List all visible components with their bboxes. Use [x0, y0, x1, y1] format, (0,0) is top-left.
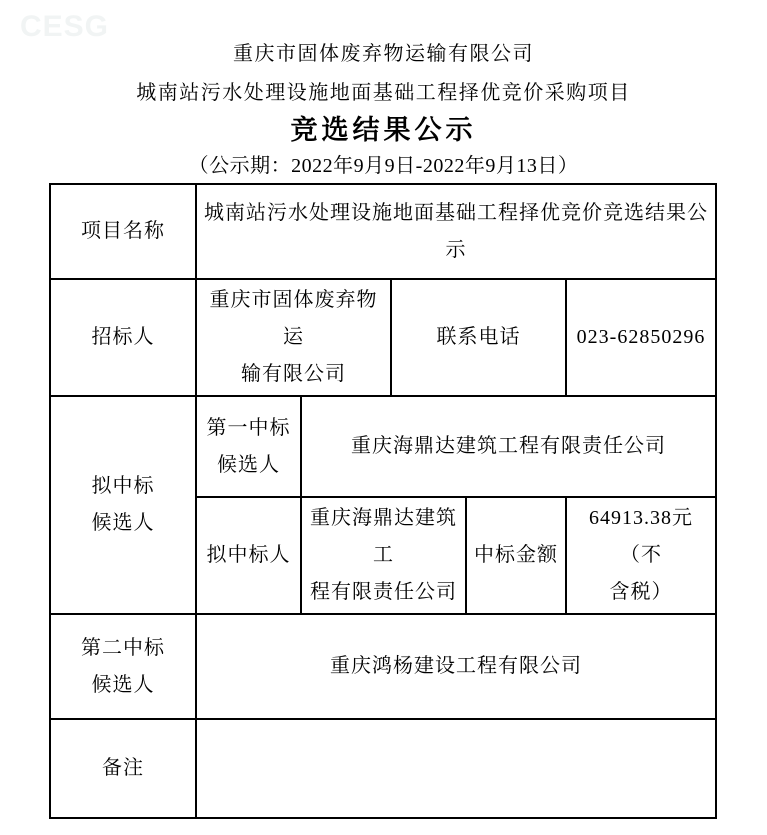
row-project-name: 项目名称 城南站污水处理设施地面基础工程择优竞价竞选结果公示 — [50, 184, 716, 279]
second-candidate-value-cell: 重庆鸿杨建设工程有限公司 — [196, 614, 716, 719]
proposed-winner-label-cell: 拟中标人 — [196, 497, 301, 614]
tenderer-label-cell: 招标人 — [50, 279, 196, 396]
amount-label-cell: 中标金额 — [466, 497, 566, 614]
contact-label-cell: 联系电话 — [391, 279, 566, 396]
candidates-label-cell: 拟中标 候选人 — [50, 396, 196, 614]
header-project-line: 城南站污水处理设施地面基础工程择优竞价采购项目 — [0, 83, 767, 103]
row-tenderer: 招标人 重庆市固体废弃物运 输有限公司 联系电话 023-62850296 — [50, 279, 716, 396]
contact-value-cell: 023-62850296 — [566, 279, 716, 396]
header-company-line: 重庆市固体废弃物运输有限公司 — [0, 44, 767, 64]
publicity-period: （公示期：2022年9月9日-2022年9月13日） — [0, 156, 767, 176]
row-second-candidate: 第二中标 候选人 重庆鸿杨建设工程有限公司 — [50, 614, 716, 719]
proposed-winner-value-cell: 重庆海鼎达建筑工 程有限责任公司 — [301, 497, 466, 614]
row-first-candidate: 拟中标 候选人 第一中标 候选人 重庆海鼎达建筑工程有限责任公司 — [50, 396, 716, 497]
row-remarks: 备注 — [50, 719, 716, 818]
amount-value-cell: 64913.38元（不 含税） — [566, 497, 716, 614]
first-candidate-value-cell: 重庆海鼎达建筑工程有限责任公司 — [301, 396, 716, 497]
tenderer-value-cell: 重庆市固体废弃物运 输有限公司 — [196, 279, 391, 396]
announcement-table: 项目名称 城南站污水处理设施地面基础工程择优竞价竞选结果公示 招标人 重庆市固体… — [49, 183, 717, 819]
document-page: CESG 重庆市固体废弃物运输有限公司 城南站污水处理设施地面基础工程择优竞价采… — [0, 0, 767, 835]
page-title: 竞选结果公示 — [0, 117, 767, 144]
remarks-value-cell — [196, 719, 716, 818]
remarks-label-cell: 备注 — [50, 719, 196, 818]
project-name-label-cell: 项目名称 — [50, 184, 196, 279]
second-candidate-label-cell: 第二中标 候选人 — [50, 614, 196, 719]
document-header: 重庆市固体废弃物运输有限公司 城南站污水处理设施地面基础工程择优竞价采购项目 竞… — [0, 0, 767, 176]
first-candidate-label-cell: 第一中标 候选人 — [196, 396, 301, 497]
watermark: CESG — [20, 10, 109, 44]
project-name-value-cell: 城南站污水处理设施地面基础工程择优竞价竞选结果公示 — [196, 184, 716, 279]
